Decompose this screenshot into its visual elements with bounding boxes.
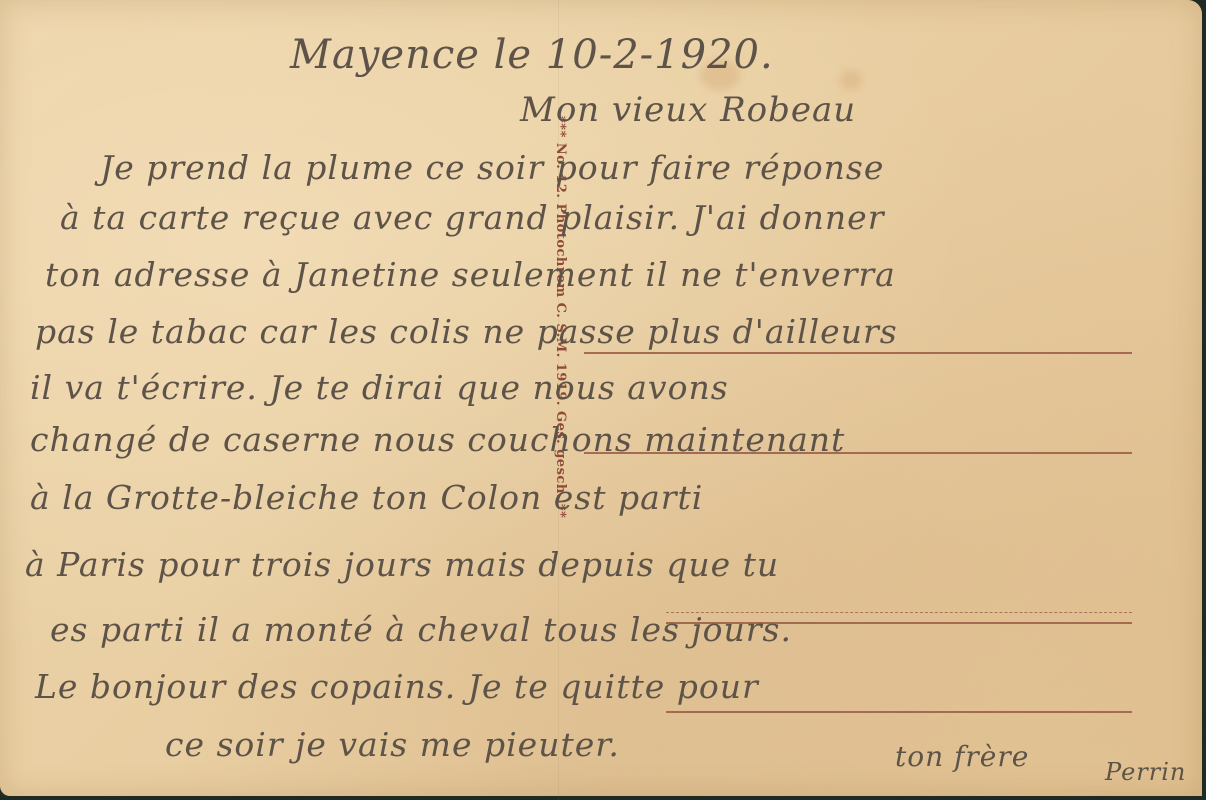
letter-signature: Perrin (1105, 758, 1186, 786)
paper-stain (840, 70, 862, 90)
address-line-4 (666, 711, 1132, 713)
letter-header: Mayence le 10-2-1920. (290, 32, 774, 78)
letter-closing: ton frère (895, 740, 1029, 773)
letter-line: il va t'écrire. Je te dirai que nous avo… (30, 368, 729, 407)
letter-line: à Paris pour trois jours mais depuis que… (25, 545, 779, 584)
letter-line: à ta carte reçue avec grand plaisir. J'a… (60, 198, 884, 237)
letter-line: ce soir je vais me pieuter. (165, 725, 620, 764)
letter-salutation: Mon vieux Robeau (520, 90, 856, 130)
letter-line: Le bonjour des copains. Je te quitte pou… (35, 667, 759, 706)
letter-line: Je prend la plume ce soir pour faire rép… (100, 148, 884, 187)
address-line-1 (584, 352, 1132, 354)
postcard-back: *** No. 12. Photochrom C. S.M. 1919. Ges… (0, 0, 1202, 796)
letter-line: changé de caserne nous couchons maintena… (30, 420, 845, 459)
letter-line: ton adresse à Janetine seulement il ne t… (45, 255, 896, 294)
letter-line: à la Grotte-bleiche ton Colon est parti (30, 478, 703, 517)
letter-line: es parti il a monté à cheval tous les jo… (50, 610, 792, 649)
letter-line: pas le tabac car les colis ne passe plus… (35, 312, 898, 351)
